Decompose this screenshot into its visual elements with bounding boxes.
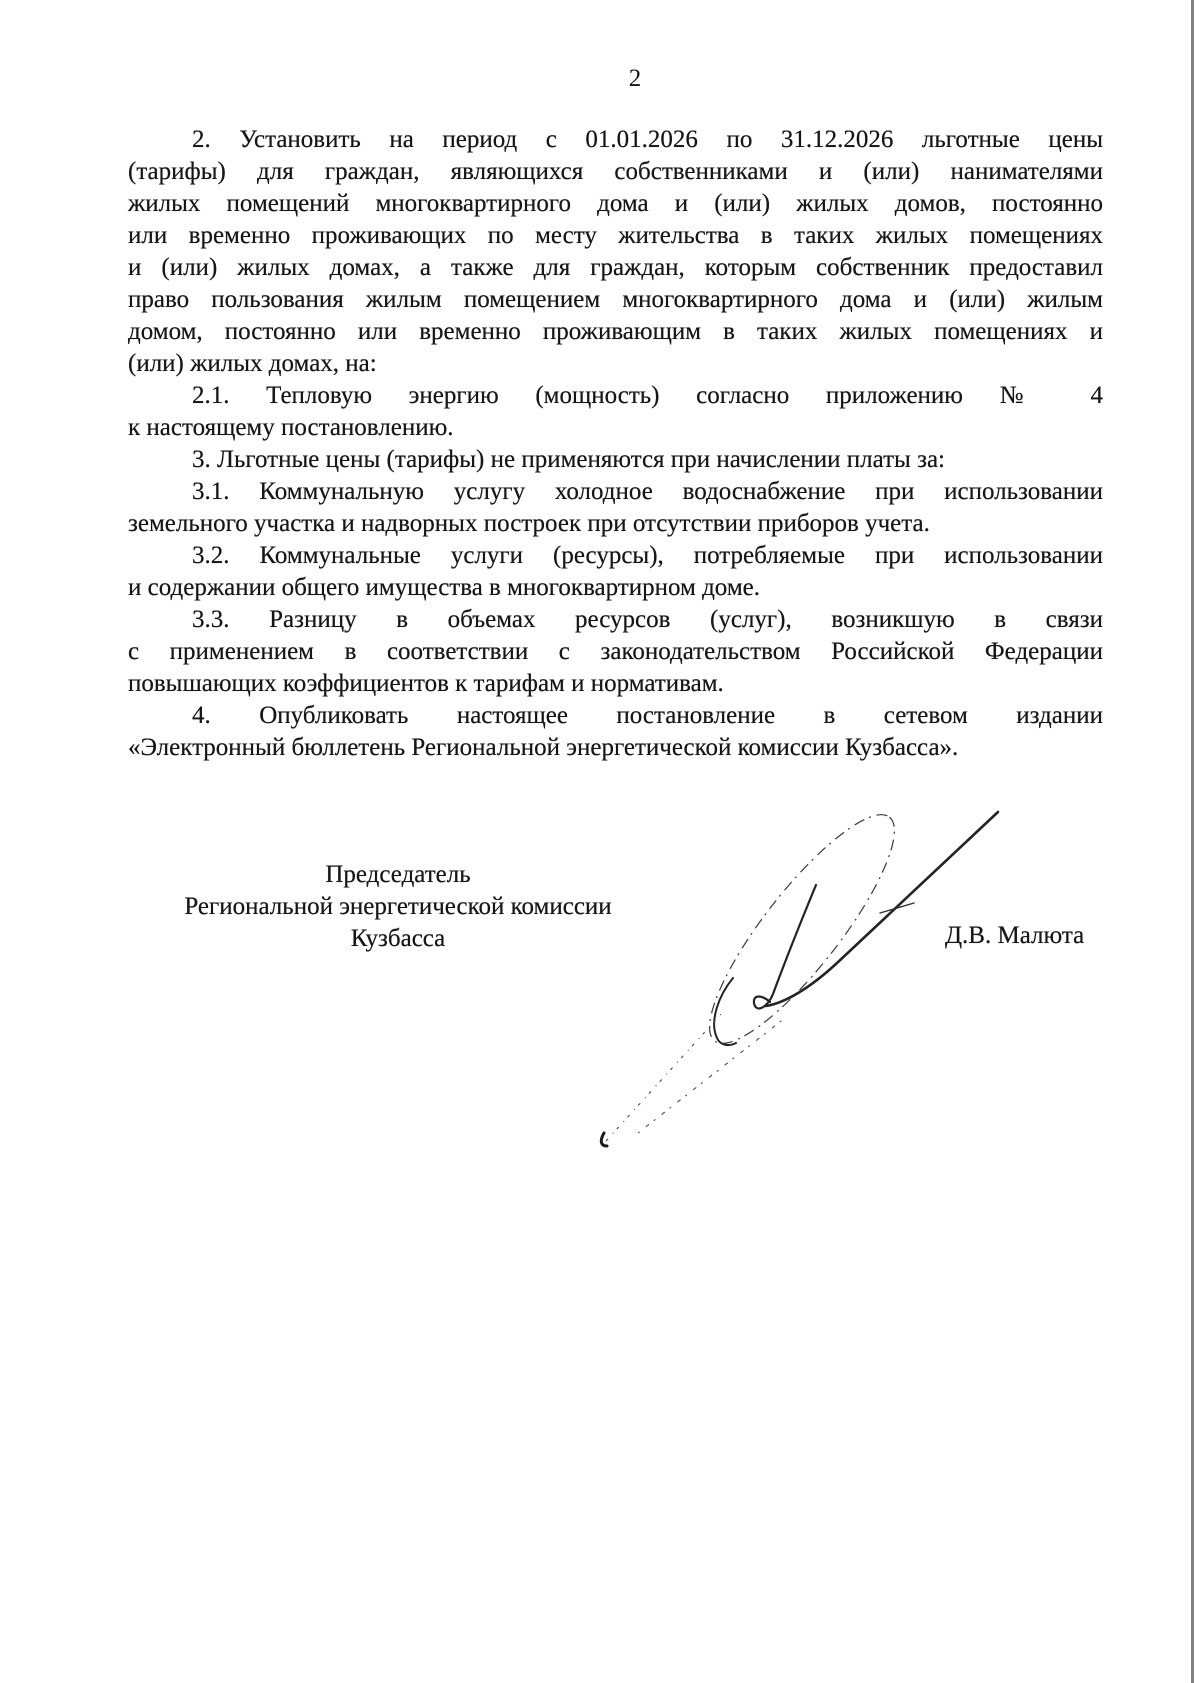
page-number: 2 bbox=[560, 64, 710, 94]
signature-loop bbox=[685, 794, 920, 1065]
scan-edge-line bbox=[1191, 0, 1194, 1683]
text-line: 3. Льготные цены (тарифы) не применяются… bbox=[128, 444, 1103, 476]
text-line: (тарифы) для граждан, являющихся собстве… bbox=[128, 156, 1103, 188]
text-line: 3.3. Разницу в объемах ресурсов (услуг),… bbox=[128, 604, 1103, 636]
signature-tick bbox=[880, 903, 914, 913]
text-line: и (или) жилых домах, а также для граждан… bbox=[128, 252, 1103, 284]
text-line: домом, постоянно или временно проживающи… bbox=[128, 316, 1103, 348]
signature-inner-stroke bbox=[754, 885, 816, 1008]
document-page: 2 2. Установить на период с 01.01.2026 п… bbox=[0, 0, 1200, 1683]
signature-c-curve bbox=[714, 978, 736, 1045]
text-line: право пользования жилым помещением много… bbox=[128, 284, 1103, 316]
text-line: 4. Опубликовать настоящее постановление … bbox=[128, 700, 1103, 732]
document-body: 2. Установить на период с 01.01.2026 по … bbox=[128, 124, 1103, 764]
text-line: или временно проживающих по месту житель… bbox=[128, 220, 1103, 252]
text-line: с применением в соответствии с законодат… bbox=[128, 636, 1103, 668]
signature-main-stroke bbox=[766, 812, 998, 1006]
signature-tail-stroke bbox=[638, 1018, 785, 1133]
text-line: повышающих коэффициентов к тарифам и нор… bbox=[128, 668, 1103, 700]
text-line: земельного участка и надворных построек … bbox=[128, 508, 1103, 540]
text-line: 2. Установить на период с 01.01.2026 по … bbox=[128, 124, 1103, 156]
text-line: 3.1. Коммунальную услугу холодное водосн… bbox=[128, 476, 1103, 508]
text-line: к настоящему постановлению. bbox=[128, 412, 1103, 444]
text-line: (или) жилых домах, на: bbox=[128, 348, 1103, 380]
text-line: жилых помещений многоквартирного дома и … bbox=[128, 188, 1103, 220]
text-line: 2.1. Тепловую энергию (мощность) согласн… bbox=[128, 380, 1103, 412]
signature-tail-stroke bbox=[606, 1013, 722, 1141]
text-line: и содержании общего имущества в многоква… bbox=[128, 572, 1103, 604]
text-line: 3.2. Коммунальные услуги (ресурсы), потр… bbox=[128, 540, 1103, 572]
signature-end-mark bbox=[601, 1133, 607, 1146]
handwritten-signature bbox=[550, 755, 1010, 1165]
